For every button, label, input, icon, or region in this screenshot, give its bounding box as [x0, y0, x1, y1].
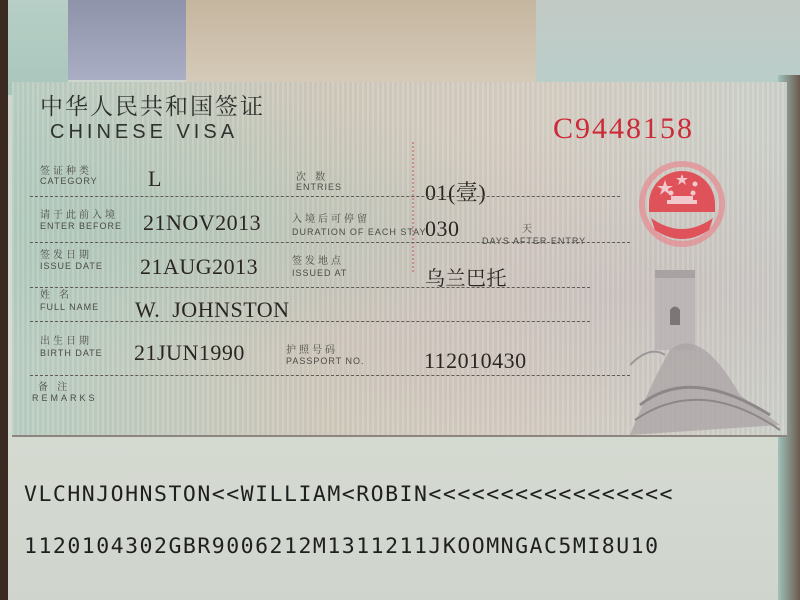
divider	[30, 287, 590, 288]
issue-date-value: 21AUG2013	[140, 254, 258, 280]
duration-label-en: DURATION OF EACH STAY	[292, 227, 427, 237]
category-label-en: CATEGORY	[40, 176, 98, 186]
duration-unit-cn: 天	[522, 220, 535, 235]
duration-label-cn: 入境后可停留	[292, 210, 370, 225]
entries-label-cn: 次 数	[296, 168, 328, 183]
security-thread	[412, 142, 414, 272]
page-top-tan-band	[186, 0, 536, 82]
enter-before-label-en: ENTER BEFORE	[40, 221, 122, 231]
issued-at-label-cn: 签发地点	[292, 252, 344, 267]
page-top-right-band	[536, 0, 800, 95]
passport-no-value: 112010430	[424, 348, 527, 374]
issued-at-label-en: ISSUED AT	[292, 268, 347, 278]
passport-no-label-cn: 护照号码	[286, 341, 338, 356]
divider	[30, 242, 630, 243]
full-name-label-cn: 姓 名	[40, 286, 72, 301]
divider	[30, 321, 590, 322]
visa-number: C9448158	[553, 112, 694, 146]
issue-date-label-en: ISSUE DATE	[40, 261, 103, 271]
page-top-blue-band	[68, 0, 186, 80]
enter-before-value: 21NOV2013	[143, 210, 261, 236]
great-wall-illustration-icon	[630, 265, 790, 435]
visa-title-english: CHINESE VISA	[50, 121, 238, 144]
mrz-line-2: 1120104302GBR9006212M1311211JKOOMNGAC5MI…	[24, 534, 660, 559]
mrz-line-1: VLCHNJOHNSTON<<WILLIAM<ROBIN<<<<<<<<<<<<…	[24, 482, 674, 507]
entries-label-en: ENTRIES	[296, 182, 342, 192]
national-emblem-icon	[635, 160, 730, 255]
birth-date-value: 21JUN1990	[134, 340, 245, 366]
remarks-label-cn: 备 注	[38, 378, 70, 393]
category-value: L	[148, 166, 162, 192]
category-label-cn: 签证种类	[40, 162, 92, 177]
remarks-label-en: REMARKS	[32, 393, 98, 403]
entries-value: 01(壹)	[425, 176, 486, 207]
divider	[30, 196, 620, 197]
birth-date-label-cn: 出生日期	[40, 332, 92, 347]
page-edge-left	[8, 0, 68, 95]
issue-date-label-cn: 签发日期	[40, 246, 92, 261]
passport-no-label-en: PASSPORT NO.	[286, 356, 365, 366]
divider	[30, 375, 630, 376]
full-name-value: W. JOHNSTON	[135, 297, 290, 323]
duration-unit-en: DAYS AFTER ENTRY	[482, 236, 586, 246]
birth-date-label-en: BIRTH DATE	[40, 348, 103, 358]
full-name-label-en: FULL NAME	[40, 302, 99, 312]
duration-value: 030	[425, 216, 460, 242]
visa-title-chinese: 中华人民共和国签证	[40, 88, 265, 121]
enter-before-label-cn: 请于此前入境	[40, 206, 118, 221]
